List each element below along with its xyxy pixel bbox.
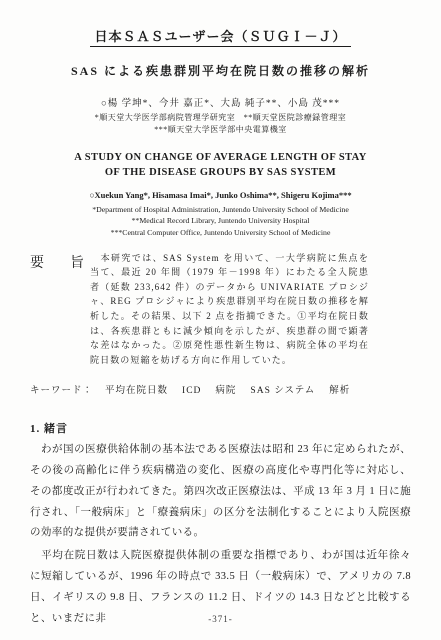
keyword-item: 平均在院日数 bbox=[105, 386, 168, 396]
affiliation-jp-line-1: *順天堂大学医学部病院管理学研究室 **順天堂医院診療録管理室 bbox=[30, 112, 411, 124]
section-1-heading: 1. 緒言 bbox=[30, 420, 411, 436]
paper-page: 日本ＳＡＳユーザー会（ＳＵＧＩ－Ｊ） SAS による疾患群別平均在院日数の推移の… bbox=[0, 0, 441, 640]
affiliations-japanese: *順天堂大学医学部病院管理学研究室 **順天堂医院診療録管理室 ***順天堂大学… bbox=[30, 112, 411, 135]
paper-title-japanese: SAS による疾患群別平均在院日数の推移の解析 bbox=[30, 62, 411, 79]
section-1-paragraph-1: わが国の医療供給体制の基本法である医療法は昭和 23 年に定められたが、その後の… bbox=[30, 440, 411, 544]
keyword-item: ICD bbox=[182, 386, 201, 396]
affiliations-english: *Department of Hospital Administration, … bbox=[30, 204, 411, 239]
society-title-text: 日本ＳＡＳユーザー会（ＳＵＧＩ－Ｊ） bbox=[90, 29, 350, 47]
paper-title-english: A STUDY ON CHANGE OF AVERAGE LENGTH OF S… bbox=[30, 150, 411, 180]
keyword-item: 解析 bbox=[329, 386, 350, 396]
affiliation-en-line-2: **Medical Record Library, Juntendo Unive… bbox=[30, 215, 411, 227]
affiliation-en-line-3: ***Central Computer Office, Juntendo Uni… bbox=[30, 227, 411, 239]
abstract-body: 本研究では、SAS System を用いて、一大学病院に焦点を当て、最近 20 … bbox=[90, 251, 369, 368]
abstract-section: 要 旨 本研究では、SAS System を用いて、一大学病院に焦点を当て、最近… bbox=[30, 251, 411, 368]
keyword-item: 病院 bbox=[215, 386, 236, 396]
page-number: -371- bbox=[0, 614, 441, 624]
title-en-line-1: A STUDY ON CHANGE OF AVERAGE LENGTH OF S… bbox=[30, 150, 411, 165]
authors-english: ○Xuekun Yang*, Hisamasa Imai*, Junko Osh… bbox=[30, 190, 411, 200]
title-en-line-2: OF THE DISEASE GROUPS BY SAS SYSTEM bbox=[30, 165, 411, 180]
keyword-item: SAS システム bbox=[250, 386, 315, 396]
keywords-line: キーワード：平均在院日数ICD病院SAS システム解析 bbox=[30, 382, 411, 396]
affiliation-jp-line-2: ***順天堂大学医学部中央電算機室 bbox=[30, 124, 411, 136]
society-title: 日本ＳＡＳユーザー会（ＳＵＧＩ－Ｊ） bbox=[30, 26, 411, 45]
affiliation-en-line-1: *Department of Hospital Administration, … bbox=[30, 204, 411, 216]
keywords-label: キーワード： bbox=[30, 386, 93, 396]
authors-japanese: ○楊 学坤*、今井 嘉正*、大島 純子**、小島 茂*** bbox=[30, 95, 411, 109]
abstract-heading: 要 旨 bbox=[30, 251, 90, 272]
